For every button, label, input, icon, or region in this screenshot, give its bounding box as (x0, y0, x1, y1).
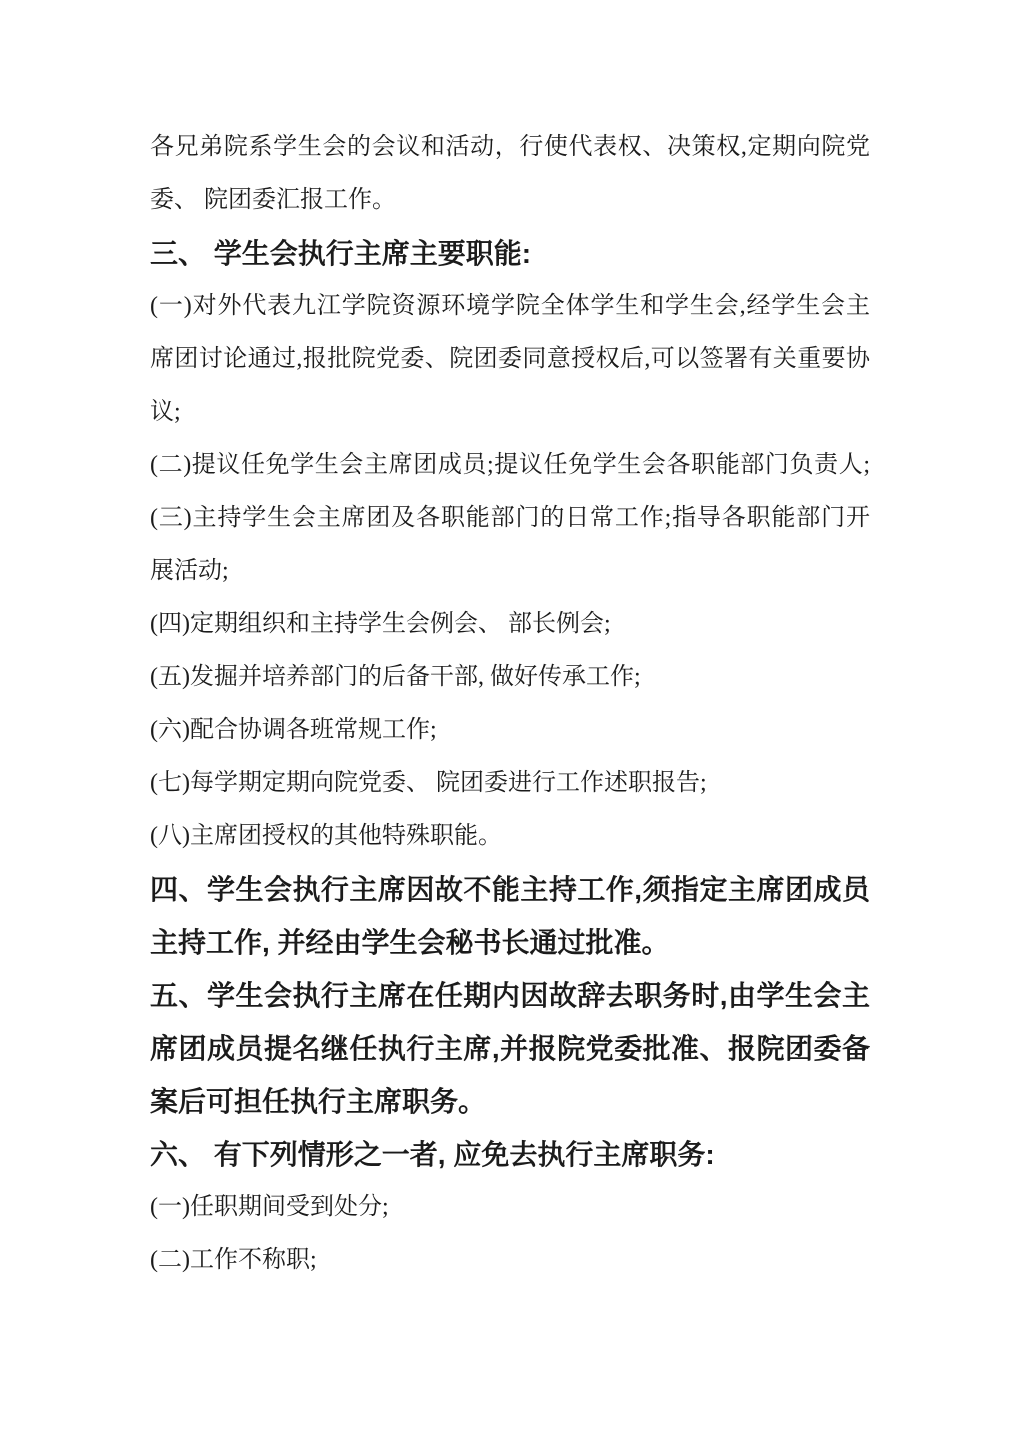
section-heading: 席团成员提名继任执行主席,并报院党委批准、报院团委备 (150, 1022, 870, 1075)
section-heading: 四、学生会执行主席因故不能主持工作,须指定主席团成员 (150, 863, 870, 916)
text-line: (二)提议任免学生会主席团成员;提议任免学生会各职能部门负责人; (150, 439, 870, 492)
text-line: 席团讨论通过,报批院党委、院团委同意授权后,可以签署有关重要协 (150, 333, 870, 386)
section-heading: 六、 有下列情形之一者, 应免去执行主席职务: (150, 1128, 870, 1181)
text-line: 委、 院团委汇报工作。 (150, 174, 870, 227)
section-heading: 案后可担任执行主席职务。 (150, 1075, 870, 1128)
section-heading: 三、 学生会执行主席主要职能: (150, 227, 870, 280)
text-line: (六)配合协调各班常规工作; (150, 704, 870, 757)
text-line: 各兄弟院系学生会的会议和活动，行使代表权、决策权,定期向院党 (150, 121, 870, 174)
text-line: 议; (150, 386, 870, 439)
text-line: (一)任职期间受到处分; (150, 1181, 870, 1234)
document-content: 各兄弟院系学生会的会议和活动，行使代表权、决策权,定期向院党 委、 院团委汇报工… (150, 121, 870, 1287)
text-line: (七)每学期定期向院党委、 院团委进行工作述职报告; (150, 757, 870, 810)
text-line: 展活动; (150, 545, 870, 598)
document-page: 各兄弟院系学生会的会议和活动，行使代表权、决策权,定期向院党 委、 院团委汇报工… (0, 0, 1024, 1448)
text-line: (三)主持学生会主席团及各职能部门的日常工作;指导各职能部门开 (150, 492, 870, 545)
text-line: (八)主席团授权的其他特殊职能。 (150, 810, 870, 863)
text-line: (五)发掘并培养部门的后备干部, 做好传承工作; (150, 651, 870, 704)
text-line: (二)工作不称职; (150, 1234, 870, 1287)
section-heading: 主持工作, 并经由学生会秘书长通过批准。 (150, 916, 870, 969)
text-line: (一)对外代表九江学院资源环境学院全体学生和学生会,经学生会主 (150, 280, 870, 333)
section-heading: 五、学生会执行主席在任期内因故辞去职务时,由学生会主 (150, 969, 870, 1022)
text-line: (四)定期组织和主持学生会例会、 部长例会; (150, 598, 870, 651)
